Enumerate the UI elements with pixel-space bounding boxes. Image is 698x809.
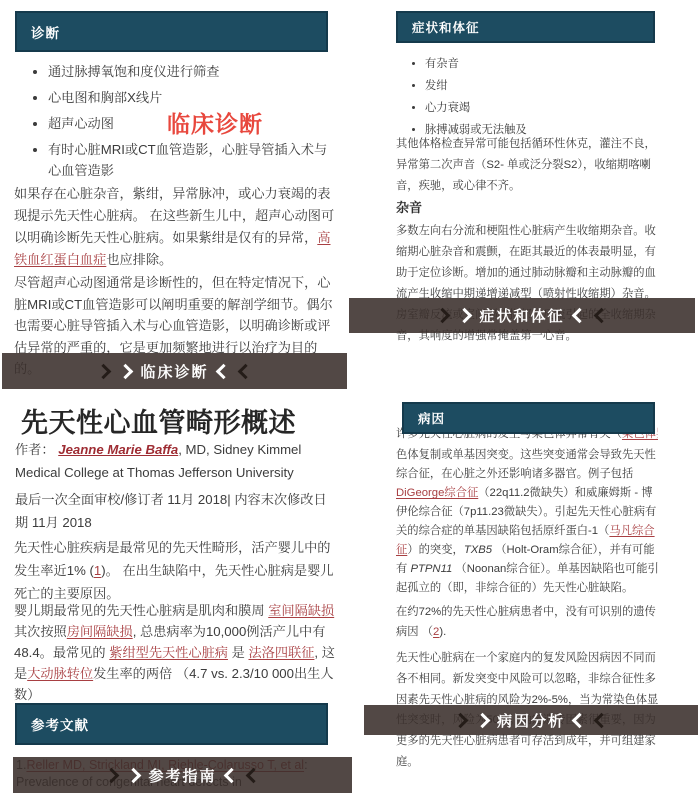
section-header-label: 参考文献 bbox=[17, 714, 89, 734]
overlay-banner-clinical-diagnosis[interactable]: 临床诊断 bbox=[2, 353, 347, 389]
overlay-banner-label: 参考指南 bbox=[148, 765, 216, 786]
chevron-right-icon bbox=[104, 767, 120, 783]
chevron-right-icon bbox=[435, 308, 451, 324]
chevron-right-icon bbox=[475, 712, 491, 728]
inline-link[interactable]: 房间隔缺损 bbox=[67, 624, 133, 639]
inline-link[interactable]: Jeanne Marie Baffa bbox=[58, 442, 178, 457]
chevron-right-icon bbox=[96, 363, 112, 379]
paragraph: 如果存在心脏杂音，紫绀，异常脉冲，或心力衰竭的表现提示先天性心脏病。 在这些新生… bbox=[14, 183, 335, 271]
chevron-right-icon bbox=[118, 363, 134, 379]
list-item: 心力衰竭 bbox=[425, 100, 657, 116]
text-segment: 是 bbox=[228, 645, 249, 660]
chevron-left-icon bbox=[245, 767, 261, 783]
text-segment: ). bbox=[439, 626, 446, 638]
chevron-left-icon bbox=[215, 363, 231, 379]
paragraph: 色体复制或单基因突变。这些突变通常会导致先天性综合征，在心脏之外还影响诸多器官。… bbox=[396, 446, 660, 598]
section-header-symptoms: 症状和体征 bbox=[396, 11, 655, 43]
text-segment: TXB5 bbox=[464, 544, 492, 556]
inline-link[interactable]: DiGeorge综合征 bbox=[396, 487, 478, 499]
text-segment: 如果存在心脏杂音，紫绀，异常脉冲，或心力衰竭的表现提示先天性心脏病。 在这些新生… bbox=[14, 186, 334, 245]
text-segment: ）的突变， bbox=[407, 544, 464, 556]
chevron-left-icon bbox=[571, 308, 587, 324]
chevron-right-icon bbox=[126, 767, 142, 783]
overlay-banner-label: 症状和体征 bbox=[479, 305, 564, 326]
paragraph: 其他体格检查异常可能包括循环性休克，灌注不良，异常第二次声音（S2- 单或泛分裂… bbox=[396, 134, 659, 197]
subheading-murmur: 杂音 bbox=[396, 197, 596, 216]
text-segment: PTPN11 bbox=[410, 563, 452, 575]
list-item: 有杂音 bbox=[425, 56, 657, 72]
list-item: 心电图和胸部X线片 bbox=[48, 87, 332, 108]
chevron-left-icon bbox=[593, 308, 609, 324]
chevron-left-icon bbox=[223, 767, 239, 783]
inline-link[interactable]: 大动脉转位 bbox=[27, 666, 93, 681]
overlay-banner-etiology-analysis[interactable]: 病因分析 bbox=[364, 705, 698, 735]
paragraph: 在约72%的先天性心脏病患者中，没有可识别的遗传病因 （2). bbox=[396, 602, 660, 642]
paragraph: 先天性心脏疾病是最常见的先天性畸形，活产婴儿中的发生率近1% (1)。 在出生缺… bbox=[14, 536, 336, 605]
list-item: 发绀 bbox=[425, 78, 657, 94]
text-segment: 其次按照 bbox=[14, 624, 67, 639]
chevron-right-icon bbox=[457, 308, 473, 324]
list-item: 通过脉搏氧饱和度仪进行筛查 bbox=[48, 61, 332, 82]
inline-link[interactable]: 法洛四联征 bbox=[248, 645, 314, 660]
section-header-etiology: 病因 bbox=[402, 402, 655, 434]
overlay-banner-label: 病因分析 bbox=[497, 710, 565, 731]
section-header-diagnosis: 诊断 bbox=[15, 11, 328, 52]
section-header-label: 诊断 bbox=[17, 22, 60, 42]
text-segment: 婴儿期最常见的先天性心脏病是肌肉和膜周 bbox=[14, 603, 268, 618]
overlay-banner-symptoms[interactable]: 症状和体征 bbox=[349, 298, 695, 333]
chevron-right-icon bbox=[453, 712, 469, 728]
text-segment: 也应排除。 bbox=[106, 252, 172, 267]
symptoms-bullet-list: 有杂音 发绀 心力衰竭 脉搏减弱或无法触及 bbox=[407, 56, 657, 144]
section-header-references: 参考文献 bbox=[15, 703, 328, 745]
chevron-left-icon bbox=[237, 363, 253, 379]
overlay-banner-reference-guide[interactable]: 参考指南 bbox=[13, 757, 352, 793]
red-overlay-label-clinical-diagnosis: 临床诊断 bbox=[167, 106, 263, 139]
list-item: 有时心脏MRI或CT血管造影，心脏导管插入术与心血管造影 bbox=[48, 139, 332, 181]
chevron-left-icon bbox=[594, 712, 610, 728]
overlay-banner-label: 临床诊断 bbox=[140, 361, 208, 382]
chevron-left-icon bbox=[572, 712, 588, 728]
text-segment: 作者： bbox=[15, 442, 58, 457]
section-header-label: 症状和体征 bbox=[398, 18, 480, 36]
text-segment: 色体复制或单基因突变。这些突变通常会导致先天性综合征，在心脏之外还影响诸多器官。… bbox=[396, 449, 656, 480]
paragraph: 婴儿期最常见的先天性心脏病是肌肉和膜周 室间隔缺损 其次按照房间隔缺损, 总患病… bbox=[14, 600, 338, 705]
inline-link[interactable]: 室间隔缺损 bbox=[268, 603, 334, 618]
inline-link[interactable]: 紫绀型先天性心脏病 bbox=[109, 645, 228, 660]
section-header-label: 病因 bbox=[404, 409, 445, 427]
revision-date-line: 最后一次全面审校/修订者 11月 2018| 内容末次修改日期 11月 2018 bbox=[15, 489, 336, 534]
byline: 作者： Jeanne Marie Baffa, MD, Sidney Kimme… bbox=[15, 439, 333, 484]
page-title: 先天性心血管畸形概述 bbox=[21, 401, 351, 440]
